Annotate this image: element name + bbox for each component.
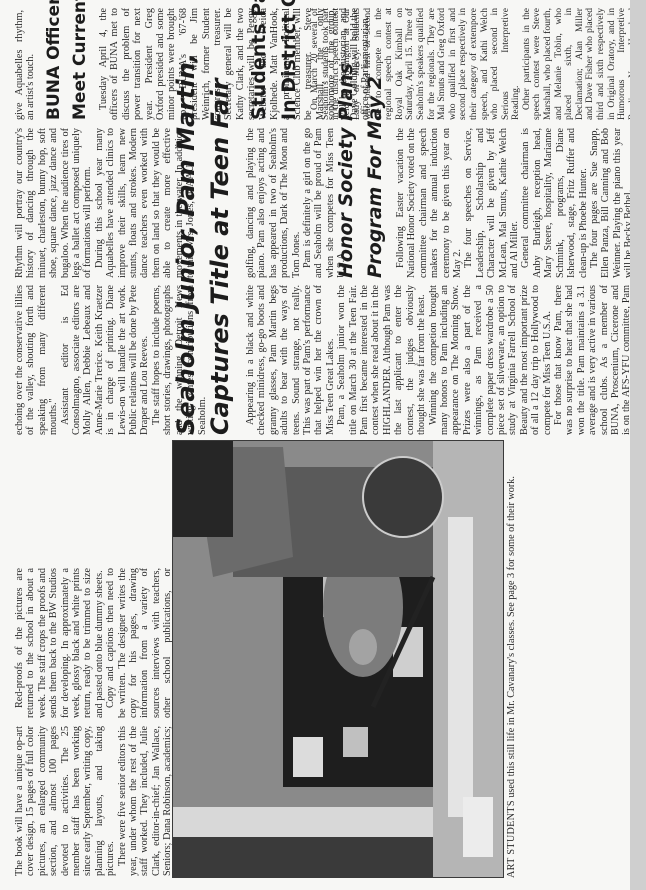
page-edge [630,0,646,890]
contest-headline-line-1: Students Participate [248,0,270,120]
paragraph: The four speeches on Service, Leadership… [463,128,520,278]
paragraph: Other participants in the speech contest… [522,8,646,120]
buna-headline-line-1: BUNA Officers for [44,0,64,120]
paragraph: Winning the competion brought many honor… [428,285,553,435]
paragraph: The four pages are Sue Snapp, Ellen Panz… [589,128,635,278]
paragraph: golfing, dancing and playing the piano. … [245,128,302,278]
aquabelles-story-col-2: give Aquabelles rhythm, an artist's touc… [14,10,37,120]
still-life-photo [172,440,504,878]
pam-headline-line-1: Seaholm Junior, Pam Martin, [172,53,200,435]
aquabelles-story-col-1: Rhythm will portray our country's histor… [14,128,197,278]
contest-story-body: On March 20 several of Seaholm's student… [310,8,646,120]
pam-story-col-1: Appearing in a black and white checked m… [245,285,646,435]
paragraph: Pam, a Seaholm junior won the title on M… [336,285,427,435]
paragraph: On March 20 several of Seaholm's student… [310,8,522,120]
paragraph: give Aquabelles rhythm, an artist's touc… [14,10,37,120]
caption-lead: ART STUDENTS [506,800,517,878]
still-life-image [173,441,503,877]
paragraph: General committee chairman is Anby Burle… [520,128,588,278]
photo-caption: ART STUDENTS used this still life in Mr.… [506,442,517,878]
pam-headline-line-2: Captures Title at Teen Fair [206,79,234,435]
buna-headline-line-2: Meet Current Leaders [70,0,90,120]
contest-headline-line-2: In District Contest [278,0,300,120]
paragraph: Appearing in a black and white checked m… [245,285,336,435]
honor-story-body: Following Easter vacation the National H… [395,128,646,278]
newspaper-page: The book will have a unique op-art cover… [0,0,646,890]
pam-story-col-2: golfing, dancing and playing the piano. … [245,128,348,278]
paragraph: Rhythm will portray our country's histor… [14,128,94,278]
caption-text: used this still life in Mr. Cavanary's c… [506,476,517,800]
paragraph: Following Easter vacation the National H… [395,128,463,278]
paragraph: Red-proofs of the pictures are returned … [14,568,105,718]
paragraph: The book will have a unique op-art cover… [14,726,117,876]
paragraph: Assistant editor is Ed Consolmagno, asso… [60,285,151,435]
paragraph: echoing over the conservative lillies of… [14,285,60,435]
